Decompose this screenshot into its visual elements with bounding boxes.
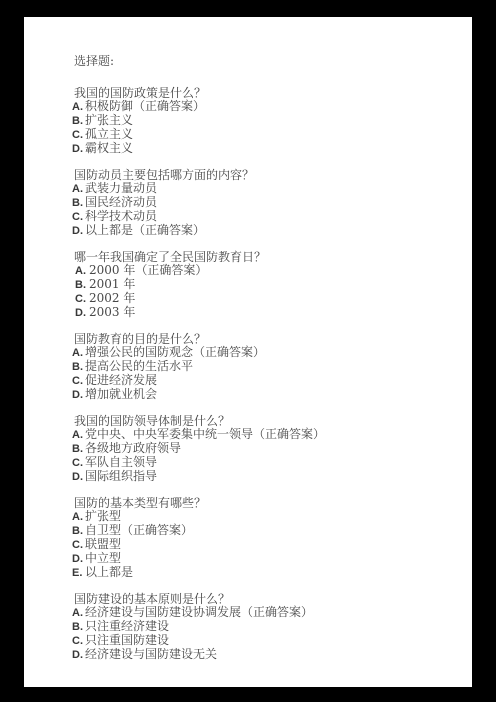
question-block-6: 国防的基本类型有哪些？ A.扩张型 B.自卫型（正确答案） C.联盟型 D.中立… bbox=[72, 497, 454, 580]
option-row: D.经济建设与国防建设无关 bbox=[72, 648, 454, 662]
option-letter: A. bbox=[72, 429, 85, 442]
option-text: 国际组织指导 bbox=[85, 469, 157, 483]
document-content: 选择题: 我国的国防政策是什么？ A.积极防御（正确答案） B.扩张主义 C.孤… bbox=[24, 17, 472, 662]
screenshot-canvas: 选择题: 我国的国防政策是什么？ A.积极防御（正确答案） B.扩张主义 C.孤… bbox=[0, 0, 496, 702]
option-text: 2002 年 bbox=[89, 291, 135, 305]
option-row: A.积极防御（正确答案） bbox=[72, 100, 454, 114]
option-text: 2000 年（正确答案） bbox=[89, 263, 207, 277]
question-block-1: 我国的国防政策是什么？ A.积极防御（正确答案） B.扩张主义 C.孤立主义 D… bbox=[72, 87, 454, 156]
option-text: 武装力量动员 bbox=[85, 181, 157, 195]
option-letter: B. bbox=[72, 115, 85, 128]
option-text: 扩张型 bbox=[85, 509, 121, 523]
option-text: 促进经济发展 bbox=[85, 373, 157, 387]
option-row: C.2002 年 bbox=[72, 292, 454, 306]
option-text: 各级地方政府领导 bbox=[85, 441, 181, 455]
option-text: 只注重国防建设 bbox=[85, 633, 169, 647]
option-row: C.孤立主义 bbox=[72, 128, 454, 142]
option-letter: B. bbox=[72, 621, 85, 634]
question-block-4: 国防教育的目的是什么？ A.增强公民的国防观念（正确答案） B.提高公民的生活水… bbox=[72, 333, 454, 402]
option-row: B.只注重经济建设 bbox=[72, 620, 454, 634]
document-title: 选择题: bbox=[74, 55, 454, 68]
option-row: B.自卫型（正确答案） bbox=[72, 524, 454, 538]
option-letter: A. bbox=[75, 265, 86, 278]
option-row: B.2001 年 bbox=[72, 278, 454, 292]
option-text: 自卫型（正确答案） bbox=[85, 523, 193, 537]
option-row: B.各级地方政府领导 bbox=[72, 442, 454, 456]
option-text: 中立型 bbox=[85, 551, 121, 565]
option-letter: B. bbox=[75, 279, 86, 292]
option-letter: C. bbox=[72, 375, 85, 388]
option-row: A.增强公民的国防观念（正确答案） bbox=[72, 346, 454, 360]
option-text: 积极防御（正确答案） bbox=[85, 99, 205, 113]
option-text: 扩张主义 bbox=[85, 113, 133, 127]
option-row: D.2003 年 bbox=[72, 306, 454, 320]
option-row: D.国际组织指导 bbox=[72, 470, 454, 484]
option-letter: A. bbox=[72, 183, 85, 196]
option-text: 只注重经济建设 bbox=[85, 619, 169, 633]
question-block-3: 哪一年我国确定了全民国防教育日？ A.2000 年（正确答案） B.2001 年… bbox=[72, 251, 454, 320]
option-row: B.提高公民的生活水平 bbox=[72, 360, 454, 374]
option-letter: A. bbox=[72, 101, 85, 114]
option-row: C.军队自主领导 bbox=[72, 456, 454, 470]
option-text: 经济建设与国防建设无关 bbox=[85, 647, 217, 661]
option-letter: A. bbox=[72, 607, 85, 620]
option-text: 军队自主领导 bbox=[85, 455, 157, 469]
question-block-5: 我国的国防领导体制是什么？ A.党中央、中央军委集中统一领导（正确答案） B.各… bbox=[72, 415, 454, 484]
option-letter: B. bbox=[72, 197, 85, 210]
option-row: C.只注重国防建设 bbox=[72, 634, 454, 648]
option-letter: B. bbox=[72, 525, 85, 538]
option-letter: D. bbox=[72, 649, 85, 662]
question-text: 国防的基本类型有哪些？ bbox=[74, 497, 454, 510]
option-row: E.以上都是 bbox=[72, 566, 454, 580]
option-row: A.党中央、中央军委集中统一领导（正确答案） bbox=[72, 428, 454, 442]
document-page: 选择题: 我国的国防政策是什么？ A.积极防御（正确答案） B.扩张主义 C.孤… bbox=[24, 17, 472, 687]
option-text: 经济建设与国防建设协调发展（正确答案） bbox=[85, 605, 313, 619]
option-letter: A. bbox=[72, 511, 85, 524]
option-row: C.促进经济发展 bbox=[72, 374, 454, 388]
option-row: A.扩张型 bbox=[72, 510, 454, 524]
option-text: 孤立主义 bbox=[85, 127, 133, 141]
option-row: A.经济建设与国防建设协调发展（正确答案） bbox=[72, 606, 454, 620]
option-row: B.扩张主义 bbox=[72, 114, 454, 128]
option-row: B.国民经济动员 bbox=[72, 196, 454, 210]
option-letter: B. bbox=[72, 443, 85, 456]
option-text: 党中央、中央军委集中统一领导（正确答案） bbox=[85, 427, 325, 441]
option-text: 提高公民的生活水平 bbox=[85, 359, 193, 373]
option-letter: C. bbox=[72, 635, 85, 648]
option-letter: A. bbox=[72, 347, 85, 360]
option-letter: D. bbox=[72, 143, 85, 156]
option-text: 以上都是 bbox=[85, 565, 133, 579]
option-text: 增加就业机会 bbox=[85, 387, 157, 401]
option-letter: C. bbox=[72, 457, 85, 470]
option-text: 增强公民的国防观念（正确答案） bbox=[85, 345, 265, 359]
question-block-7: 国防建设的基本原则是什么？ A.经济建设与国防建设协调发展（正确答案） B.只注… bbox=[72, 593, 454, 662]
option-letter: D. bbox=[72, 553, 85, 566]
option-letter: C. bbox=[72, 539, 85, 552]
option-text: 联盟型 bbox=[85, 537, 121, 551]
option-letter: C. bbox=[75, 293, 86, 306]
option-text: 2003 年 bbox=[89, 305, 135, 319]
option-row: D.以上都是（正确答案） bbox=[72, 224, 454, 238]
option-text: 以上都是（正确答案） bbox=[85, 223, 205, 237]
option-text: 霸权主义 bbox=[85, 141, 133, 155]
option-letter: C. bbox=[72, 211, 85, 224]
option-row: C.联盟型 bbox=[72, 538, 454, 552]
option-text: 国民经济动员 bbox=[85, 195, 157, 209]
option-letter: B. bbox=[72, 361, 85, 374]
question-block-2: 国防动员主要包括哪方面的内容？ A.武装力量动员 B.国民经济动员 C.科学技术… bbox=[72, 169, 454, 238]
option-letter: D. bbox=[72, 389, 85, 402]
option-text: 科学技术动员 bbox=[85, 209, 157, 223]
option-row: C.科学技术动员 bbox=[72, 210, 454, 224]
option-letter: D. bbox=[72, 471, 85, 484]
option-row: D.中立型 bbox=[72, 552, 454, 566]
option-row: A.武装力量动员 bbox=[72, 182, 454, 196]
option-letter: D. bbox=[72, 225, 85, 238]
option-letter: D. bbox=[75, 307, 86, 320]
option-row: D.霸权主义 bbox=[72, 142, 454, 156]
option-row: A.2000 年（正确答案） bbox=[72, 264, 454, 278]
option-letter: E. bbox=[72, 567, 85, 580]
option-text: 2001 年 bbox=[89, 277, 135, 291]
option-row: D.增加就业机会 bbox=[72, 388, 454, 402]
option-letter: C. bbox=[72, 129, 85, 142]
